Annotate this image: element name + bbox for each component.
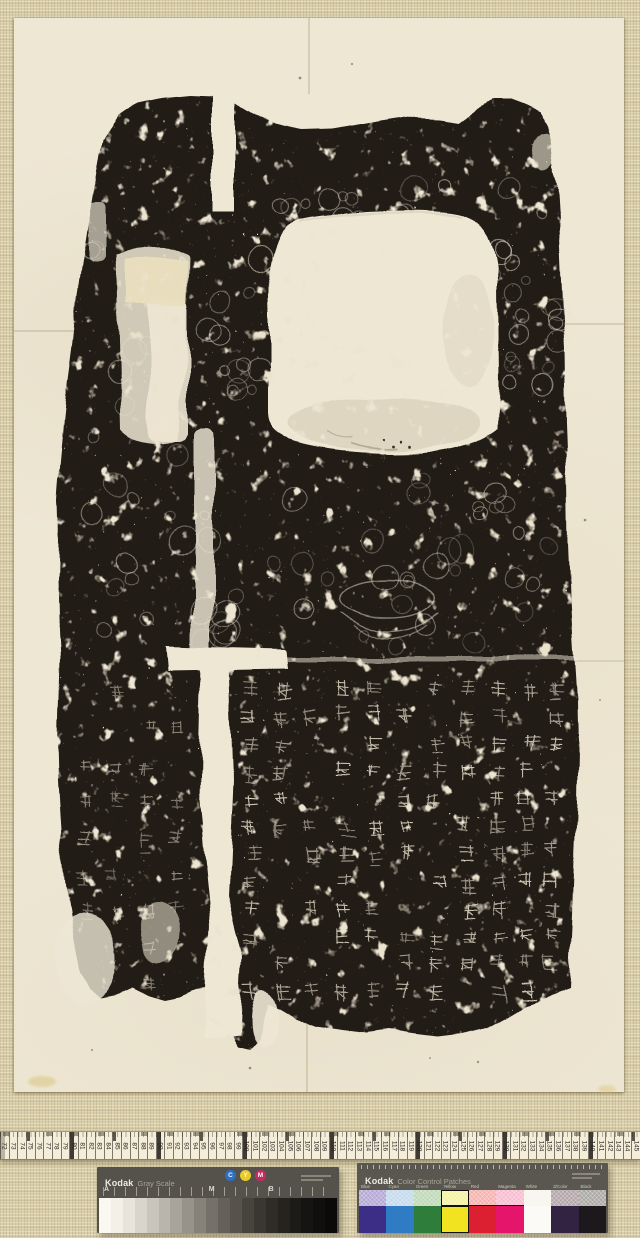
- tape-number: 88: [139, 1139, 146, 1153]
- gray-step: [135, 1198, 147, 1233]
- tape-number: 129: [494, 1139, 501, 1153]
- gray-step: [301, 1198, 313, 1233]
- tape-number: 104: [278, 1139, 285, 1153]
- patch-solid-yellow: [441, 1206, 468, 1233]
- patch-solid-3/color: [551, 1206, 578, 1233]
- tape-number: 135: [546, 1139, 553, 1153]
- tape-number: 94: [191, 1139, 198, 1153]
- tape-number: 72: [1, 1139, 8, 1153]
- tape-number: 138: [572, 1139, 579, 1153]
- tape-number: 93: [182, 1139, 189, 1153]
- tape-number: 82: [87, 1139, 94, 1153]
- fine-print: [301, 1175, 331, 1181]
- patch-tint-red: [469, 1190, 496, 1206]
- patch-solid-white: [524, 1206, 551, 1233]
- tape-number: 78: [53, 1139, 60, 1153]
- tape-number: 142: [606, 1139, 613, 1153]
- tape-number: 109: [321, 1139, 328, 1153]
- patch-solid-blue: [359, 1206, 386, 1233]
- index-letter: B: [269, 1186, 274, 1193]
- tape-number: 107: [304, 1139, 311, 1153]
- gray-step: [182, 1198, 194, 1233]
- tape-number: 86: [122, 1139, 129, 1153]
- tape-number: 91: [165, 1139, 172, 1153]
- gray-step: [290, 1198, 302, 1233]
- patch-solid-red: [469, 1206, 496, 1233]
- tape-number: 132: [520, 1139, 527, 1153]
- repair-patch: [127, 261, 186, 304]
- cym-dots: CYM: [225, 1170, 266, 1181]
- tape-number: 95: [200, 1139, 207, 1153]
- tape-number: 140: [589, 1139, 596, 1153]
- tape-number: 74: [18, 1139, 25, 1153]
- gray-step: [313, 1198, 325, 1233]
- tape-number: 73: [9, 1139, 16, 1153]
- tape-number: 103: [269, 1139, 276, 1153]
- index-letter: A: [104, 1186, 109, 1193]
- patch-solid-cyan: [386, 1206, 413, 1233]
- tape-number: 120: [416, 1139, 423, 1153]
- tape-number: 133: [528, 1139, 535, 1153]
- tape-number: 85: [113, 1139, 120, 1153]
- tape-number: 80: [70, 1139, 77, 1153]
- gray-step: [170, 1198, 182, 1233]
- tape-number: 145: [632, 1139, 639, 1153]
- tape-number: 81: [79, 1139, 86, 1153]
- tape-number: 76: [35, 1139, 42, 1153]
- tape-number: 89: [148, 1139, 155, 1153]
- gray-step: [111, 1198, 123, 1233]
- gray-step: [99, 1198, 111, 1233]
- tape-number: 108: [312, 1139, 319, 1153]
- patch-tint-row: [359, 1190, 606, 1206]
- kodak-color-patches-card: KodakColor Control Patches BlueCyanGreen…: [357, 1163, 608, 1233]
- patch-tint-3/color: [551, 1190, 578, 1206]
- tape-number: 84: [105, 1139, 112, 1153]
- patch-solid-magenta: [496, 1206, 523, 1233]
- tape-number: 114: [364, 1139, 371, 1153]
- tape-number: 144: [624, 1139, 631, 1153]
- tape-number: 125: [459, 1139, 466, 1153]
- tape-number: 141: [598, 1139, 605, 1153]
- tape-number: 137: [563, 1139, 570, 1153]
- tape-number: 77: [44, 1139, 51, 1153]
- tape-number: 116: [381, 1139, 388, 1153]
- tape-number: 130: [502, 1139, 509, 1153]
- tape-number: 110: [329, 1139, 336, 1153]
- gray-step-strip: [99, 1198, 337, 1233]
- patch-tint-blue: [359, 1190, 386, 1206]
- patch-tint-yellow: [441, 1190, 468, 1206]
- kodak-gray-scale-card: KodakGray Scale CYM A M B: [97, 1167, 339, 1233]
- gray-step: [147, 1198, 159, 1233]
- tape-number: 136: [554, 1139, 561, 1153]
- tape-number: 119: [407, 1139, 414, 1153]
- tape-number: 128: [485, 1139, 492, 1153]
- fine-print: [572, 1173, 600, 1179]
- tape-number: 101: [252, 1139, 259, 1153]
- gray-step: [194, 1198, 206, 1233]
- tape-number: 79: [61, 1139, 68, 1153]
- gray-step: [242, 1198, 254, 1233]
- tape-number: 121: [425, 1139, 432, 1153]
- ink-rubbing: [0, 0, 640, 1238]
- gray-step: [278, 1198, 290, 1233]
- calibration-dot-m: M: [255, 1170, 266, 1181]
- card-tick-strip: [361, 1165, 604, 1169]
- tape-number: 111: [338, 1139, 345, 1153]
- patch-tint-magenta: [496, 1190, 523, 1206]
- tape-number: 124: [451, 1139, 458, 1153]
- tape-number: 118: [399, 1139, 406, 1153]
- tape-number: 123: [442, 1139, 449, 1153]
- gray-step: [123, 1198, 135, 1233]
- tape-number: 97: [217, 1139, 224, 1153]
- patch-solid-row: [359, 1206, 606, 1233]
- tape-number: 75: [27, 1139, 34, 1153]
- calibration-dot-c: C: [225, 1170, 236, 1181]
- tape-number: 115: [373, 1139, 380, 1153]
- tape-number: 87: [131, 1139, 138, 1153]
- patch-tint-cyan: [386, 1190, 413, 1206]
- tape-number: 102: [260, 1139, 267, 1153]
- tape-number: 92: [174, 1139, 181, 1153]
- photo-frame: 7273747576777879808182838485868788899091…: [0, 0, 640, 1238]
- tape-number: 139: [580, 1139, 587, 1153]
- patch-tint-white: [524, 1190, 551, 1206]
- gray-step: [218, 1198, 230, 1233]
- tape-number: 99: [234, 1139, 241, 1153]
- tape-number: 96: [208, 1139, 215, 1153]
- tape-number: 100: [243, 1139, 250, 1153]
- tape-number: 143: [615, 1139, 622, 1153]
- calibration-dot-y: Y: [240, 1170, 251, 1181]
- gray-step: [266, 1198, 278, 1233]
- gray-step: [254, 1198, 266, 1233]
- gray-step: [325, 1198, 337, 1233]
- tape-number: 117: [390, 1139, 397, 1153]
- gray-step: [230, 1198, 242, 1233]
- tape-number: 127: [477, 1139, 484, 1153]
- gray-step: [159, 1198, 171, 1233]
- patch-solid-green: [414, 1206, 441, 1233]
- patch-solid-black: [579, 1206, 606, 1233]
- tape-number: 122: [433, 1139, 440, 1153]
- gray-index-row: A M B: [103, 1187, 333, 1196]
- tape-number: 113: [355, 1139, 362, 1153]
- measuring-tape: 7273747576777879808182838485868788899091…: [0, 1131, 640, 1160]
- patch-tint-green: [414, 1190, 441, 1206]
- tape-number: 126: [468, 1139, 475, 1153]
- tape-number: 90: [157, 1139, 164, 1153]
- tape-number: 105: [286, 1139, 293, 1153]
- gray-step: [206, 1198, 218, 1233]
- tape-number: 112: [347, 1139, 354, 1153]
- tape-number: 134: [537, 1139, 544, 1153]
- tape-number: 106: [295, 1139, 302, 1153]
- tape-number: 98: [226, 1139, 233, 1153]
- tape-number: 83: [96, 1139, 103, 1153]
- patch-tint-black: [579, 1190, 606, 1206]
- index-letter: M: [209, 1186, 215, 1193]
- tape-number: 131: [511, 1139, 518, 1153]
